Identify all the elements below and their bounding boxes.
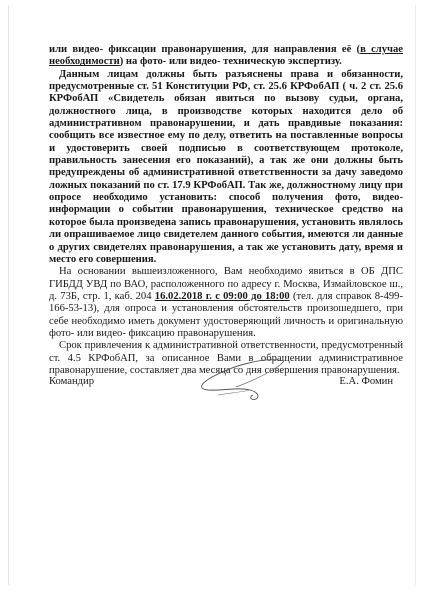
signatory-name: Е.А. Фомин [339,376,393,387]
paragraph-continuation: или видео- фиксации правонарушения, для … [49,44,403,69]
scan-edge-right [415,5,416,585]
scan-edge-left [8,5,9,585]
paragraph-rights: Данным лицам должны быть разъяснены прав… [49,69,403,267]
appointment-datetime: 16.02.2018 г. с 09:00 до 18:00 [155,291,290,302]
document-body: или видео- фиксации правонарушения, для … [49,44,403,377]
signatory-title: Командир [49,376,94,387]
scanned-page: или видео- фиксации правонарушения, для … [0,0,424,600]
signature-block: Командир Е.А. Фомин [49,376,403,392]
paragraph-summons: На основании вышеизложенного, Вам необхо… [49,266,403,340]
